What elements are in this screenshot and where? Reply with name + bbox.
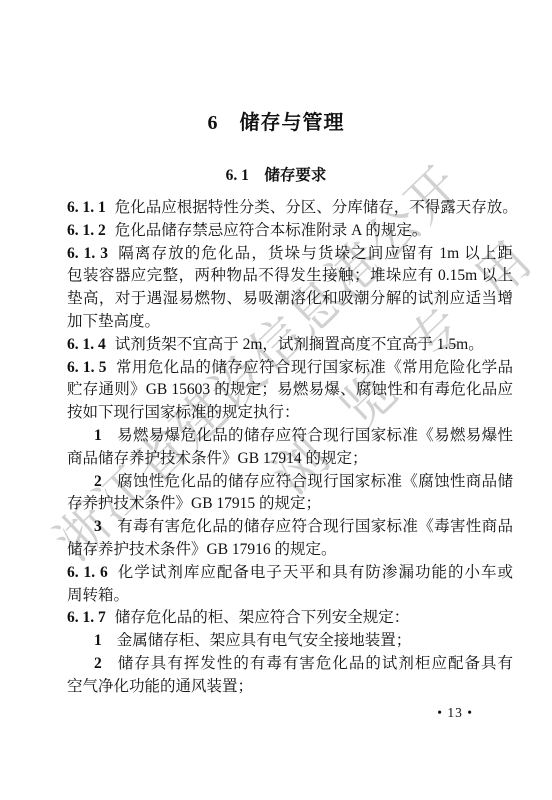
clause-text: 常用危化品的储存应符合现行国家标准《常用危险化学品 — [116, 359, 513, 376]
clause-number: 6. 1. 2 — [67, 222, 106, 239]
section-title: 6. 1 储存要求 — [0, 165, 552, 187]
clause-text: 试剂货架不宜高于 2m，试剂搁置高度不宜高于 1.5m。 — [115, 336, 484, 353]
text-line: 垫高，对于遇湿易燃物、易吸潮溶化和吸潮分解的试剂应适当增 — [67, 288, 513, 311]
text-line: 空气净化功能的通风装置； — [67, 676, 513, 699]
clause-text: 危化品储存禁忌应符合本标准附录 A 的规定。 — [115, 222, 428, 239]
clause-text: 存养护技术条件》GB 17915 的规定； — [67, 495, 321, 512]
text-line: 周转箱。 — [67, 585, 513, 608]
text-line: 6. 1. 7储存危化品的柜、架应符合下列安全规定： — [67, 607, 513, 630]
clause-text: 腐蚀性危化品的储存应符合现行国家标准《腐蚀性商品储 — [117, 473, 513, 490]
text-line: 3有毒有害危化品的储存应符合现行国家标准《毒害性商品 — [67, 516, 513, 539]
text-line: 6. 1. 2危化品储存禁忌应符合本标准附录 A 的规定。 — [67, 220, 513, 243]
chapter-title: 6 储存与管理 — [0, 110, 552, 136]
clause-number: 2 — [94, 655, 102, 672]
document-page: 浙江省建设信息港公开 浏览专用 6 储存与管理 6. 1 储存要求 6. 1. … — [0, 0, 552, 800]
text-line: 商品储存养护技术条件》GB 17914 的规定； — [67, 448, 513, 471]
clause-text: 包装容器应完整，两种物品不得发生接触；堆垛应有 0.15m 以上 — [67, 267, 513, 284]
text-line: 6. 1. 3隔离存放的危化品，货垛与货垛之间应留有 1m 以上距离， — [67, 243, 513, 266]
text-line: 贮存通则》GB 15603 的规定；易燃易爆、腐蚀性和有毒危化品应 — [67, 379, 513, 402]
clause-text: 空气净化功能的通风装置； — [67, 678, 253, 695]
body-text: 6. 1. 1危化品应根据特性分类、分区、分库储存，不得露天存放。6. 1. 2… — [67, 197, 513, 699]
text-line: 包装容器应完整，两种物品不得发生接触；堆垛应有 0.15m 以上 — [67, 265, 513, 288]
clause-number: 3 — [94, 518, 102, 535]
text-line: 存养护技术条件》GB 17915 的规定； — [67, 493, 513, 516]
clause-number: 6. 1. 5 — [67, 359, 107, 376]
clause-text: 商品储存养护技术条件》GB 17914 的规定； — [67, 450, 368, 467]
clause-text: 金属储存柜、架应具有电气安全接地装置； — [117, 632, 412, 649]
clause-text: 隔离存放的危化品，货垛与货垛之间应留有 1m 以上距离， — [67, 245, 513, 266]
clause-number: 6. 1. 1 — [67, 199, 106, 216]
page-number: • 13 • — [437, 704, 473, 722]
clause-number: 6. 1. 7 — [67, 609, 106, 626]
clause-number: 1 — [94, 632, 102, 649]
clause-text: 贮存通则》GB 15603 的规定；易燃易爆、腐蚀性和有毒危化品应 — [67, 381, 513, 398]
page-content: 6 储存与管理 6. 1 储存要求 6. 1. 1危化品应根据特性分类、分区、分… — [0, 0, 552, 800]
clause-text: 有毒有害危化品的储存应符合现行国家标准《毒害性商品 — [117, 518, 513, 535]
clause-text: 储存具有挥发性的有毒有害危化品的试剂柜应配备具有 — [117, 655, 513, 672]
clause-text: 垫高，对于遇湿易燃物、易吸潮溶化和吸潮分解的试剂应适当增 — [67, 290, 513, 307]
text-line: 1金属储存柜、架应具有电气安全接地装置； — [67, 630, 513, 653]
text-line: 6. 1. 6化学试剂库应配备电子天平和具有防渗漏功能的小车或 — [67, 562, 513, 585]
text-line: 6. 1. 4试剂货架不宜高于 2m，试剂搁置高度不宜高于 1.5m。 — [67, 334, 513, 357]
clause-number: 6. 1. 3 — [67, 245, 108, 262]
text-line: 6. 1. 1危化品应根据特性分类、分区、分库储存，不得露天存放。 — [67, 197, 513, 220]
text-line: 2储存具有挥发性的有毒有害危化品的试剂柜应配备具有 — [67, 653, 513, 676]
clause-text: 按如下现行国家标准的规定执行： — [67, 404, 300, 421]
text-line: 按如下现行国家标准的规定执行： — [67, 402, 513, 425]
clause-number: 1 — [94, 427, 102, 444]
clause-number: 6. 1. 6 — [67, 564, 108, 581]
text-line: 1易燃易爆危化品的储存应符合现行国家标准《易燃易爆性 — [67, 425, 513, 448]
text-line: 6. 1. 5常用危化品的储存应符合现行国家标准《常用危险化学品 — [67, 357, 513, 380]
text-line: 2腐蚀性危化品的储存应符合现行国家标准《腐蚀性商品储 — [67, 471, 513, 494]
clause-text: 危化品应根据特性分类、分区、分库储存，不得露天存放。 — [115, 199, 518, 216]
clause-number: 6. 1. 4 — [67, 336, 106, 353]
clause-text: 化学试剂库应配备电子天平和具有防渗漏功能的小车或 — [117, 564, 513, 581]
text-line: 储存养护技术条件》GB 17916 的规定。 — [67, 539, 513, 562]
text-line: 加下垫高度。 — [67, 311, 513, 334]
clause-number: 2 — [94, 473, 102, 490]
clause-text: 周转箱。 — [67, 587, 129, 604]
clause-text: 易燃易爆危化品的储存应符合现行国家标准《易燃易爆性 — [117, 427, 513, 444]
clause-text: 储存养护技术条件》GB 17916 的规定。 — [67, 541, 337, 558]
clause-text: 加下垫高度。 — [67, 313, 160, 330]
clause-text: 储存危化品的柜、架应符合下列安全规定： — [115, 609, 410, 626]
